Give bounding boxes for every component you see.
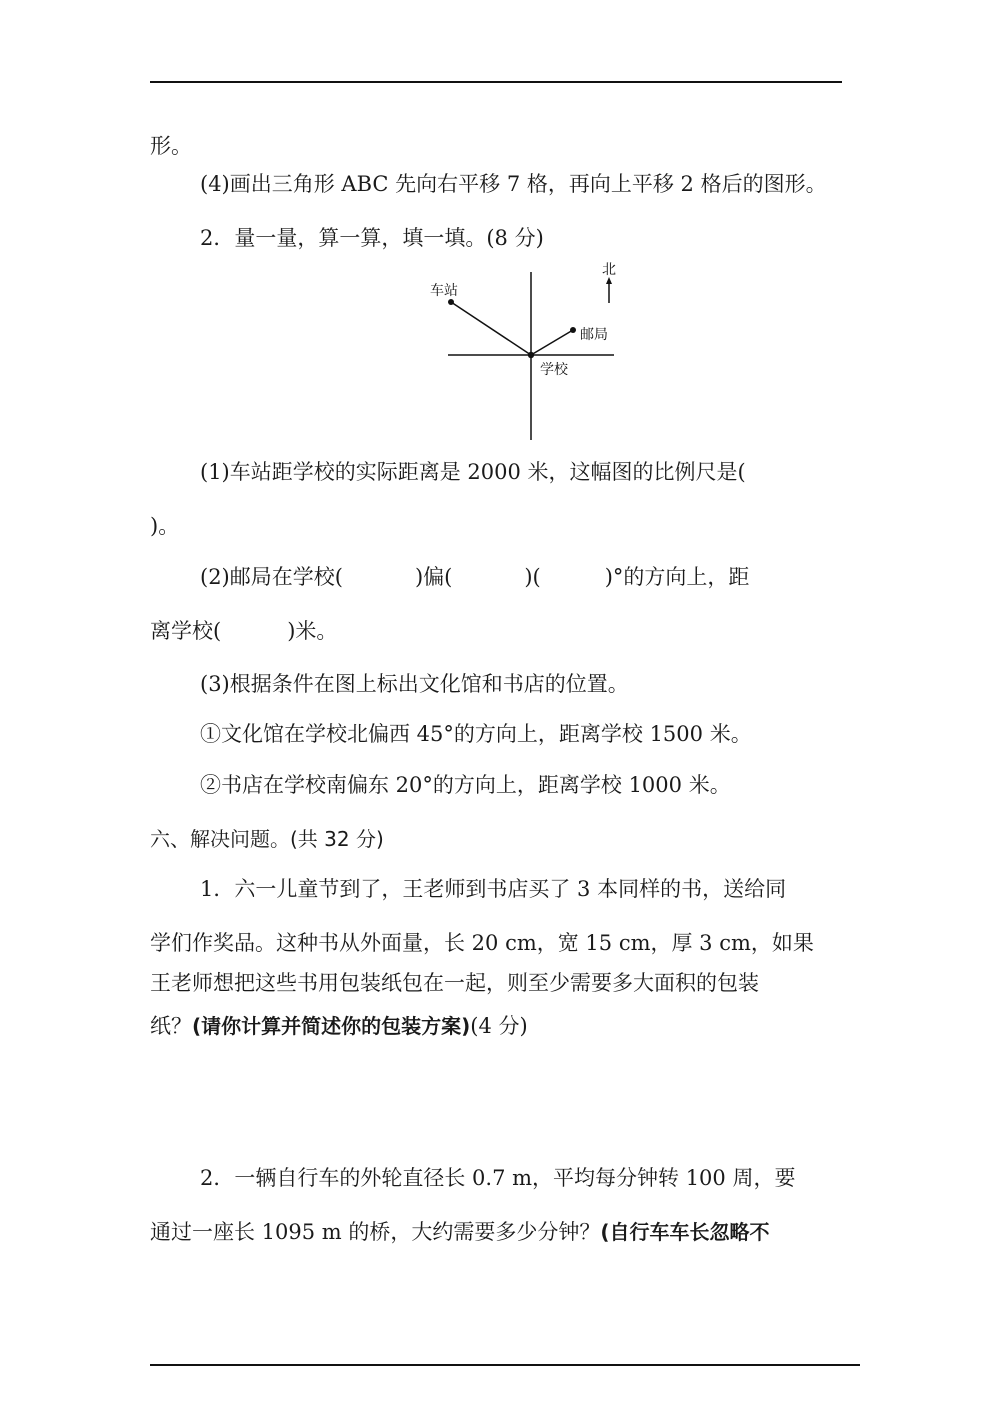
question-2-title: 2．量一量，算一算，填一填。(8 分): [200, 224, 544, 252]
line-continuation: 形。: [150, 132, 192, 160]
bottom-rule: [150, 1364, 860, 1366]
problem-2-line2: 通过一座长 1095 m 的桥，大约需要多少分钟？(自行车车长忽略不: [150, 1218, 770, 1246]
post-office-point: [570, 327, 576, 333]
school-point: [528, 352, 534, 358]
item-4-text: (4)画出三角形 ABC 先向右平移 7 格，再向上平移 2 格后的图形。: [200, 170, 827, 198]
problem-2-line1: 2．一辆自行车的外轮直径长 0.7 m，平均每分钟转 100 周，要: [200, 1164, 795, 1192]
problem-1-line4: 纸？(请你计算并简述你的包装方案)(4 分): [150, 1012, 528, 1040]
school-label: 学校: [540, 361, 569, 378]
q2-2b-part1: 离学校(: [150, 619, 221, 643]
q2-1-line1: (1)车站距学校的实际距离是 2000 米，这幅图的比例尺是(: [200, 458, 746, 486]
q2-2-part4: )°的方向上，距: [605, 565, 750, 589]
station-point: [448, 299, 454, 305]
problem-1-instruction: (请你计算并简述你的包装方案): [192, 1014, 470, 1038]
q2-3-2-text: ②书店在学校南偏东 20°的方向上，距离学校 1000 米。: [200, 771, 731, 799]
station-label: 车站: [430, 282, 458, 299]
q2-3-1-text: ①文化馆在学校北偏西 45°的方向上，距离学校 1500 米。: [200, 720, 752, 748]
top-rule: [150, 81, 842, 83]
problem-1-line4a: 纸？: [150, 1014, 192, 1038]
q2-2-part2: )偏(: [415, 565, 452, 589]
q2-1-line2: )。: [150, 512, 179, 540]
north-label: 北: [602, 262, 616, 278]
problem-1-score: (4 分): [470, 1014, 527, 1038]
q2-2-line2: 离学校()米。: [150, 617, 337, 645]
problem-2-line2a: 通过一座长 1095 m 的桥，大约需要多少分钟？: [150, 1220, 600, 1244]
direction-diagram: 车站 邮局 学校 北: [400, 250, 640, 450]
q2-2-part3: )(: [524, 565, 540, 589]
problem-1-line3: 王老师想把这些书用包装纸包在一起，则至少需要多大面积的包装: [150, 969, 759, 997]
problem-1-line1: 1．六一儿童节到了，王老师到书店买了 3 本同样的书，送给同: [200, 875, 786, 903]
q2-3-text: (3)根据条件在图上标出文化馆和书店的位置。: [200, 670, 629, 698]
problem-2-note: (自行车车长忽略不: [600, 1220, 769, 1244]
section-6-title: 六、解决问题。(共 32 分): [150, 825, 384, 853]
problem-1-line2: 学们作奖品。这种书从外面量，长 20 cm，宽 15 cm，厚 3 cm，如果: [150, 929, 814, 957]
q2-2-part1: (2)邮局在学校(: [200, 565, 343, 589]
q2-2-line1: (2)邮局在学校()偏()()°的方向上，距: [200, 563, 749, 591]
q2-2b-part2: )米。: [287, 619, 337, 643]
post-office-label: 邮局: [580, 327, 608, 343]
